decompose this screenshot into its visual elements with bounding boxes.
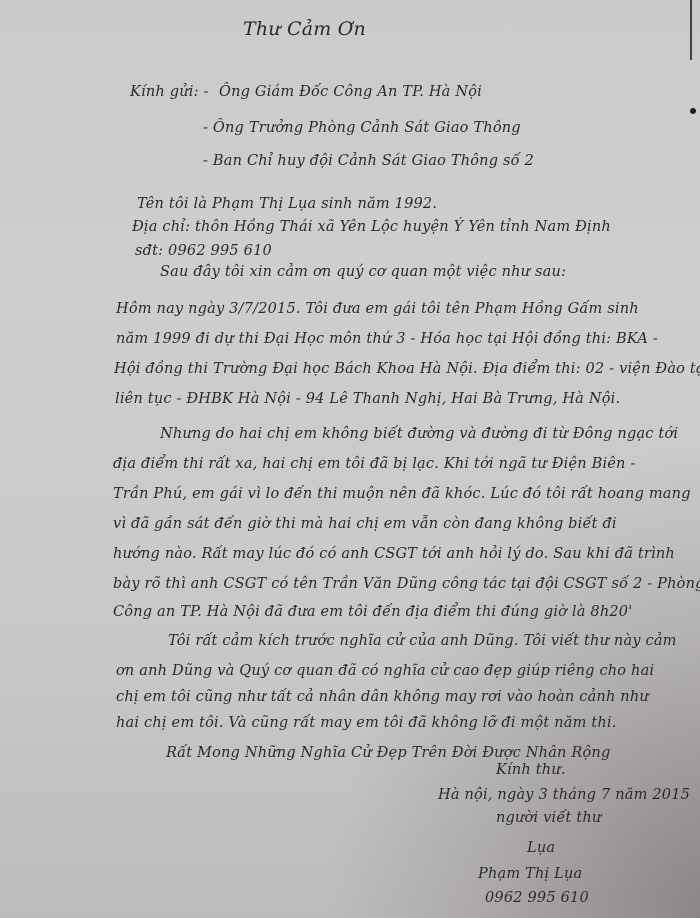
sender-address-line: Địa chỉ: thôn Hồng Thái xã Yên Lộc huyện… bbox=[132, 219, 611, 235]
regards-line: Kính thư. bbox=[496, 762, 566, 778]
place-date-line: Hà nội, ngày 3 tháng 7 năm 2015 bbox=[438, 787, 690, 803]
body-line: Công an TP. Hà Nội đã đưa em tôi đến địa… bbox=[113, 604, 632, 620]
sender-phone-line: sđt: 0962 995 610 bbox=[135, 243, 272, 259]
recipient-line: - Ông Trưởng Phòng Cảnh Sát Giao Thông bbox=[203, 120, 521, 136]
body-line: Tôi rất cảm kích trước nghĩa cử của anh … bbox=[168, 633, 677, 649]
body-line: Nhưng do hai chị em không biết đường và … bbox=[160, 426, 678, 442]
recipient-line: Ông Giám Đốc Công An TP. Hà Nội bbox=[219, 84, 482, 100]
body-line: ơn anh Dũng và Quý cơ quan đã có nghĩa c… bbox=[116, 663, 654, 679]
sender-name-line: Tên tôi là Phạm Thị Lụa sinh năm 1992. bbox=[137, 196, 437, 212]
body-line: hướng nào. Rất may lúc đó có anh CSGT tớ… bbox=[113, 546, 675, 562]
body-line: Trần Phú, em gái vì lo đến thi muộn nên … bbox=[113, 486, 691, 502]
closing-motto: Rất Mong Những Nghĩa Cử Đẹp Trên Đời Đượ… bbox=[166, 745, 610, 761]
recipient-line: - Ban Chỉ huy đội Cảnh Sát Giao Thông số… bbox=[203, 153, 534, 169]
body-line: năm 1999 đi dự thi Đại Học môn thứ 3 - H… bbox=[116, 331, 658, 347]
body-line: bày rõ thì anh CSGT có tên Trần Văn Dũng… bbox=[113, 576, 700, 592]
body-line: Hội đồng thi Trường Đại học Bách Khoa Hà… bbox=[114, 361, 700, 377]
body-line: địa điểm thi rất xa, hai chị em tôi đã b… bbox=[113, 456, 636, 472]
body-line: Hôm nay ngày 3/7/2015. Tôi đưa em gái tô… bbox=[116, 301, 639, 317]
writer-label: người viết thư bbox=[496, 810, 601, 826]
body-line: liên tục - ĐHBK Hà Nội - 94 Lê Thanh Ngh… bbox=[115, 391, 620, 407]
body-line: hai chị em tôi. Và cũng rất may em tôi đ… bbox=[116, 715, 617, 731]
body-line: Sau đây tôi xin cảm ơn quý cơ quan một v… bbox=[160, 264, 566, 280]
body-line: vì đã gần sát đến giờ thi mà hai chị em … bbox=[113, 516, 617, 532]
body-line: chị em tôi cũng như tất cả nhân dân khôn… bbox=[116, 689, 649, 705]
signature: Lụa bbox=[527, 840, 555, 856]
signer-full-name: Phạm Thị Lụa bbox=[478, 866, 582, 882]
letter-title: Thư Cảm Ơn bbox=[243, 18, 366, 40]
salutation-label: Kính gửi: - bbox=[130, 84, 209, 100]
signer-phone: 0962 995 610 bbox=[485, 890, 589, 906]
ink-dot bbox=[690, 108, 696, 114]
page-edge bbox=[690, 0, 692, 60]
